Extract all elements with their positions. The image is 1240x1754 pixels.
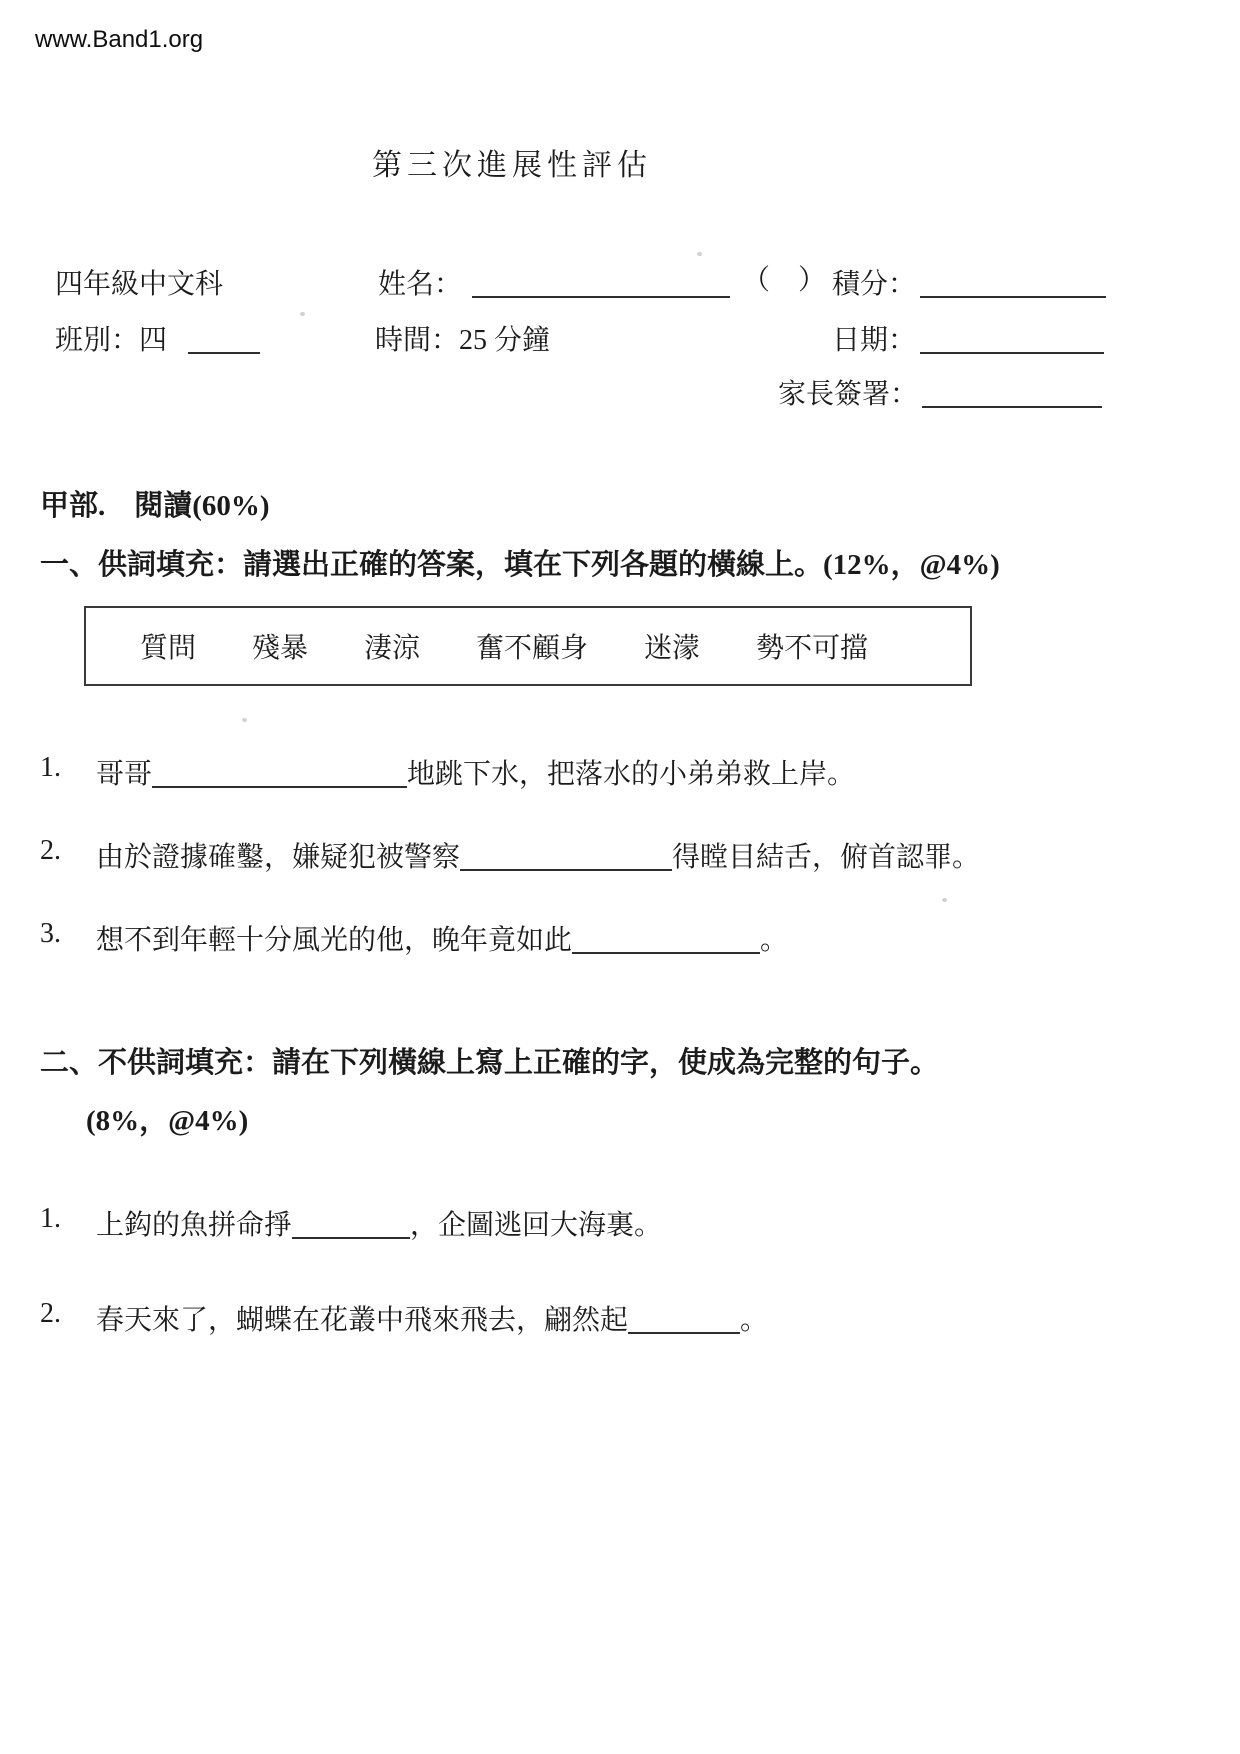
question-number: 1. xyxy=(40,1203,96,1243)
class-blank-line xyxy=(188,352,260,354)
date-blank-line xyxy=(920,352,1104,354)
part1-question-2: 2. 由於證據確鑿，嫌疑犯被警察得瞠目結舌，俯首認罪。 xyxy=(40,835,980,875)
answer-blank xyxy=(628,1306,740,1334)
question-text: 哥哥地跳下水，把落水的小弟弟救上岸。 xyxy=(96,752,855,792)
word-bank-item: 迷濛 xyxy=(644,626,700,666)
scan-speck xyxy=(300,312,305,316)
question-text-pre: 由於證據確鑿，嫌疑犯被警察 xyxy=(96,842,460,873)
part2-question-1: 1. 上鈎的魚拼命掙，企圖逃回大海裏。 xyxy=(40,1203,662,1243)
page-title: 第三次進展性評估 xyxy=(372,140,652,184)
word-bank-item: 淒涼 xyxy=(364,626,420,666)
scanned-exam-page: www.Band1.org 第三次進展性評估 四年級中文科 姓名： （ ） 積分… xyxy=(0,0,1240,1754)
answer-blank xyxy=(572,926,760,954)
answer-blank xyxy=(460,843,672,871)
scan-speck xyxy=(942,898,947,902)
question-text: 想不到年輕十分風光的他，晚年竟如此。 xyxy=(96,918,788,958)
question-text-pre: 想不到年輕十分風光的他，晚年竟如此 xyxy=(96,925,572,956)
subject-label: 四年級中文科 xyxy=(55,262,223,302)
question-text-post: 得瞠目結舌，俯首認罪。 xyxy=(672,842,980,873)
question-number: 3. xyxy=(40,918,96,958)
question-text: 由於證據確鑿，嫌疑犯被警察得瞠目結舌，俯首認罪。 xyxy=(96,835,980,875)
part2-question-2: 2. 春天來了，蝴蝶在花叢中飛來飛去，翩然起。 xyxy=(40,1298,768,1338)
word-bank-item: 質問 xyxy=(140,626,196,666)
scan-speck xyxy=(242,718,247,722)
question-text-pre: 上鈎的魚拼命掙 xyxy=(96,1210,292,1241)
question-text-pre: 哥哥 xyxy=(96,759,152,790)
question-text: 上鈎的魚拼命掙，企圖逃回大海裏。 xyxy=(96,1203,662,1243)
question-number: 2. xyxy=(40,1298,96,1338)
part1-question-1: 1. 哥哥地跳下水，把落水的小弟弟救上岸。 xyxy=(40,752,855,792)
question-number: 2. xyxy=(40,835,96,875)
section-a-heading: 甲部. 閱讀(60%) xyxy=(40,483,270,524)
question-text-post: 地跳下水，把落水的小弟弟救上岸。 xyxy=(407,759,855,790)
part1-question-3: 3. 想不到年輕十分風光的他，晚年竟如此。 xyxy=(40,918,788,958)
watermark-url: www.Band1.org xyxy=(35,26,203,54)
question-text-post: 。 xyxy=(740,1305,768,1336)
name-label: 姓名： xyxy=(378,262,462,302)
scan-speck xyxy=(697,252,702,256)
answer-blank xyxy=(152,760,407,788)
score-label: 積分： xyxy=(832,262,916,302)
word-bank-item: 奮不顧身 xyxy=(476,626,588,666)
date-label: 日期： xyxy=(832,318,916,358)
word-bank-item: 勢不可擋 xyxy=(756,626,868,666)
time-label: 時間：25 分鐘 xyxy=(375,318,550,358)
part2-instruction: 二、不供詞填充：請在下列橫線上寫上正確的字，使成為完整的句子。 xyxy=(40,1040,939,1081)
answer-blank xyxy=(292,1211,410,1239)
score-blank-line xyxy=(920,296,1106,298)
class-label: 班別：四 xyxy=(55,318,167,358)
question-number: 1. xyxy=(40,752,96,792)
part2-instruction-marks: (8%，@4%) xyxy=(86,1098,248,1139)
word-bank-item: 殘暴 xyxy=(252,626,308,666)
question-text-post: 。 xyxy=(760,925,788,956)
class-number-parens: （ ） xyxy=(742,258,826,298)
part1-instruction: 一、供詞填充：請選出正確的答案，填在下列各題的橫線上。(12%，@4%) xyxy=(40,542,1000,583)
parent-signature-blank-line xyxy=(922,406,1102,408)
name-blank-line xyxy=(472,296,730,298)
question-text: 春天來了，蝴蝶在花叢中飛來飛去，翩然起。 xyxy=(96,1298,768,1338)
word-bank-box: 質問 殘暴 淒涼 奮不顧身 迷濛 勢不可擋 xyxy=(84,606,972,686)
question-text-post: ，企圖逃回大海裏。 xyxy=(410,1210,662,1241)
parent-signature-label: 家長簽署： xyxy=(778,372,918,412)
question-text-pre: 春天來了，蝴蝶在花叢中飛來飛去，翩然起 xyxy=(96,1305,628,1336)
